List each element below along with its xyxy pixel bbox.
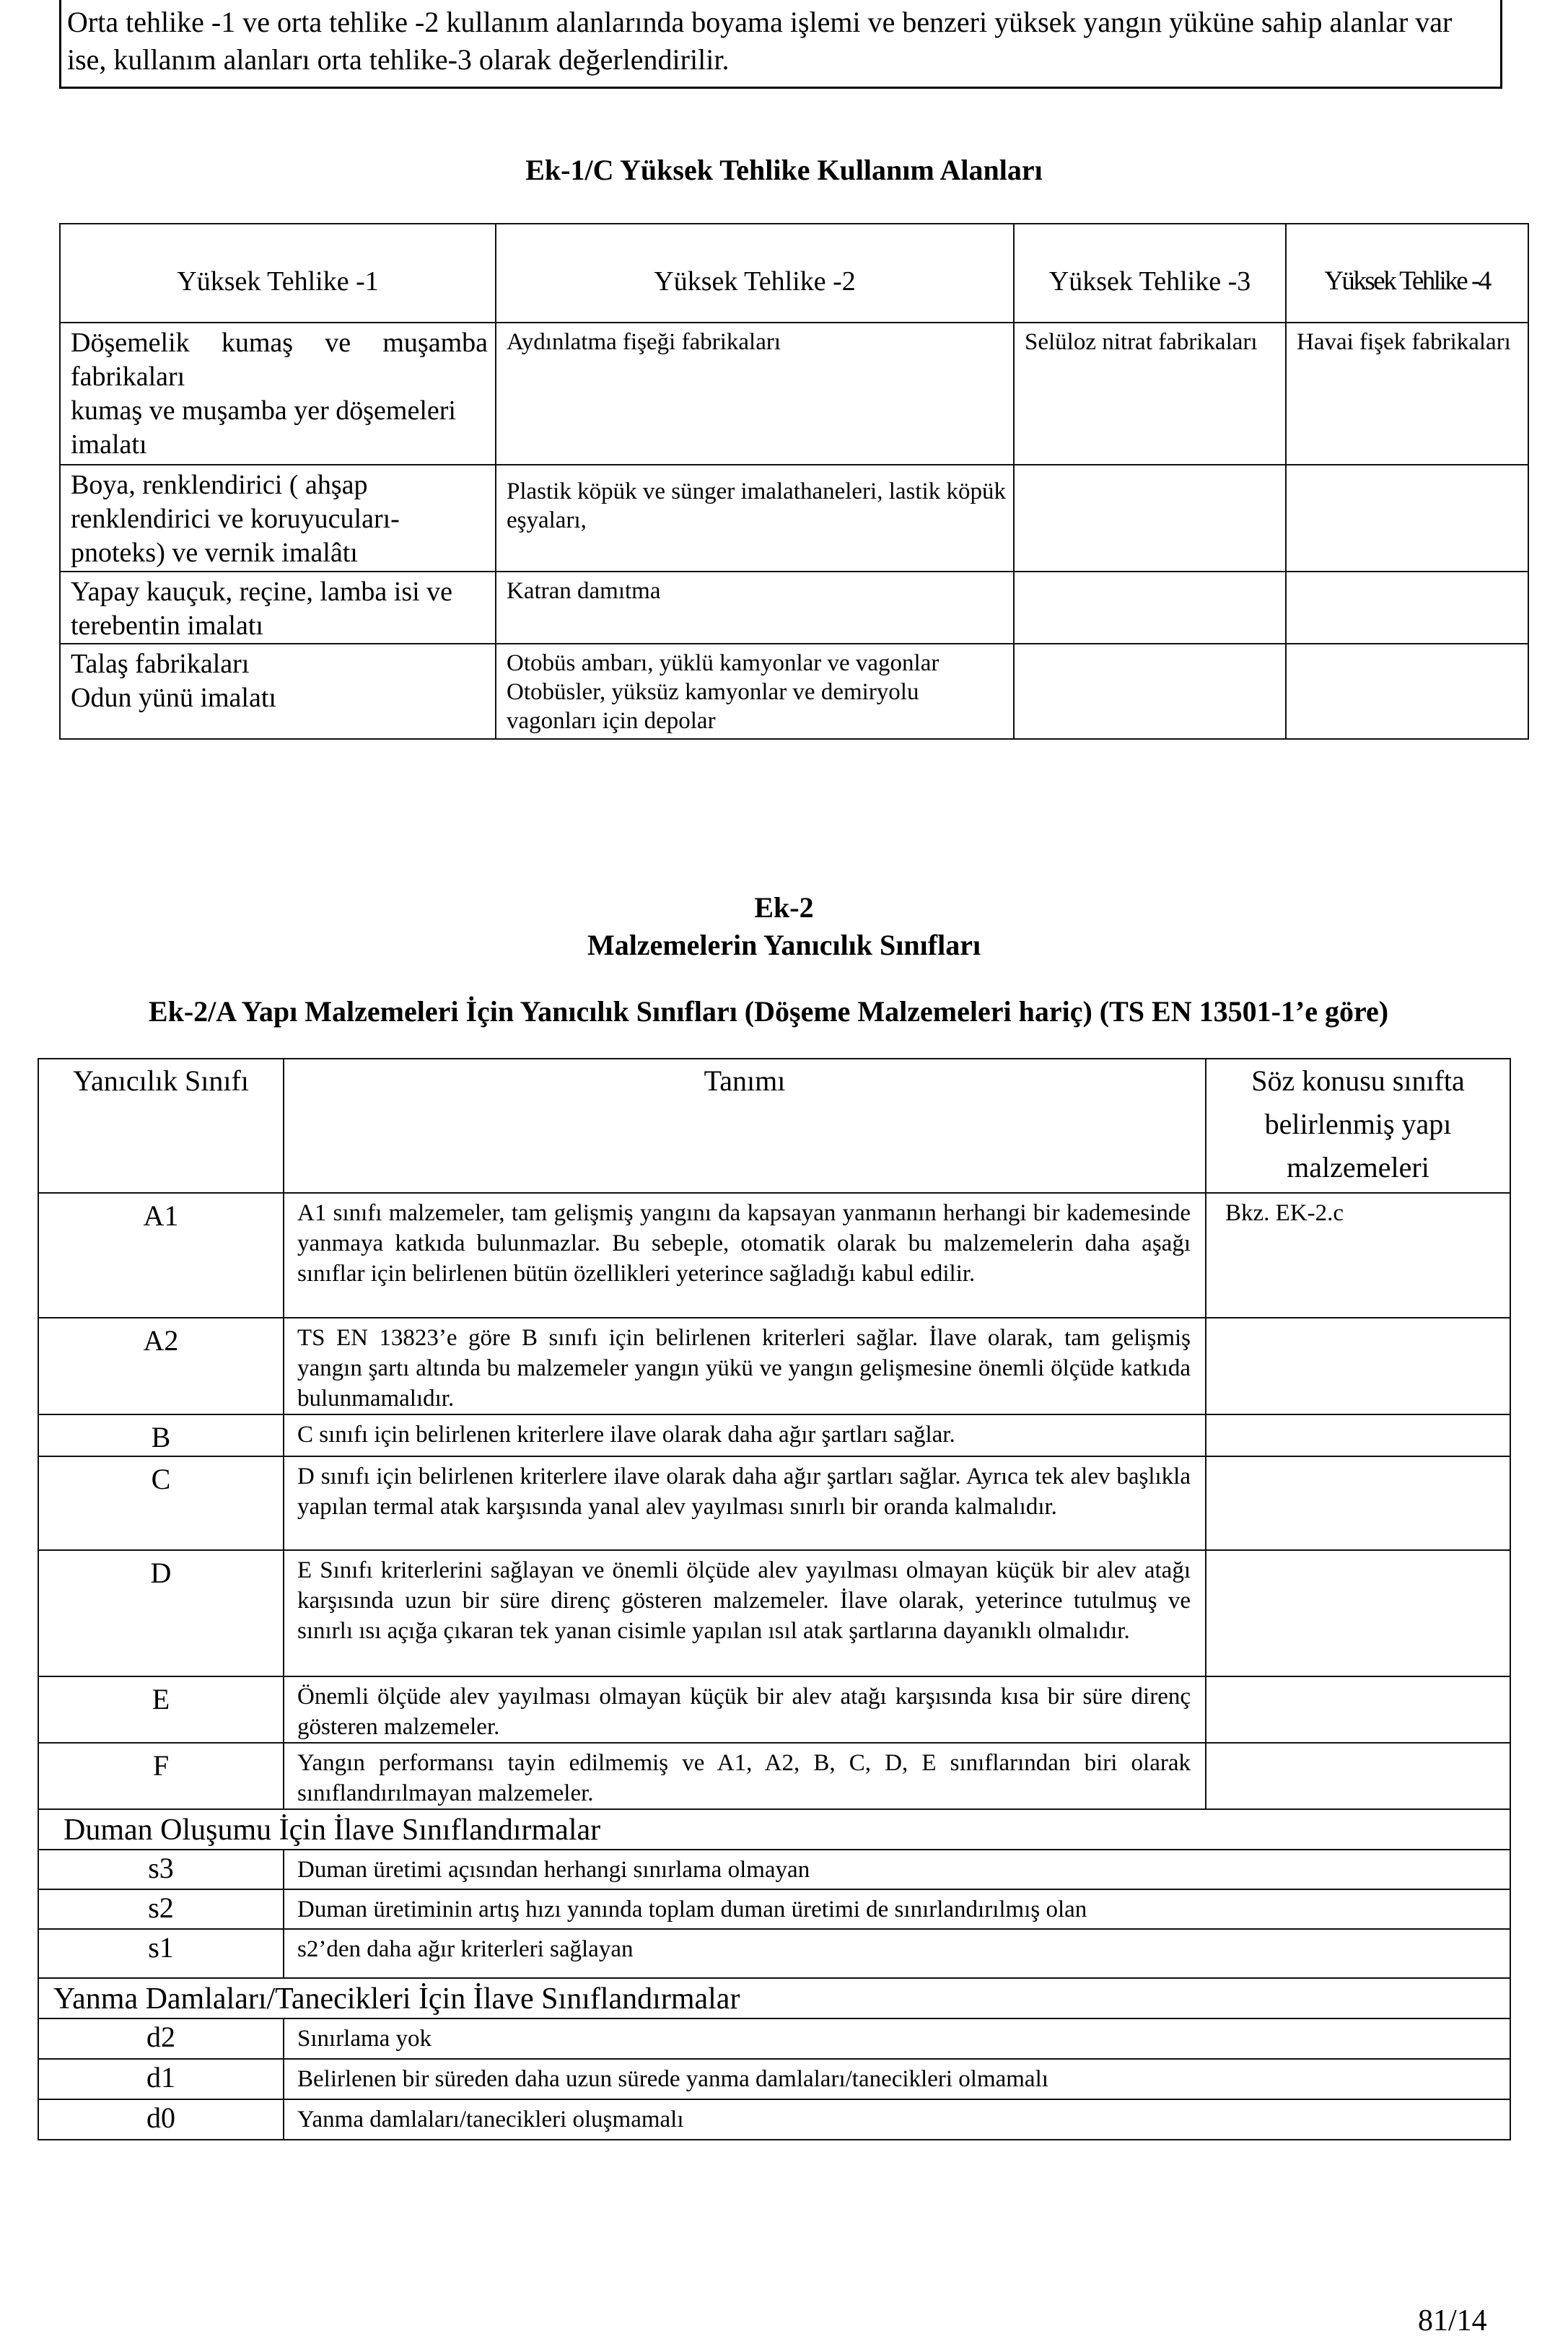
class-code: D (38, 1550, 284, 1676)
droplet-definition: Yanma damlaları/tanecikleri oluşmamalı (284, 2099, 1510, 2140)
cell-text: kumaş ve muşamba yer döşemeleri imalatı (71, 394, 488, 462)
class-materials (1206, 1318, 1510, 1414)
page-number: 81/14 (1418, 2304, 1487, 2338)
droplet-code: d1 (38, 2059, 284, 2099)
class-definition: D sınıfı için belirlenen kriterlere ilav… (284, 1456, 1206, 1550)
cell-text: Otobüsler, yüksüz kamyonlar ve demiryolu… (507, 678, 1006, 735)
table-row: Boya, renklendirici ( ahşap renklendiric… (60, 465, 1528, 572)
table-header-row: Yüksek Tehlike -1 Yüksek Tehlike -2 Yüks… (60, 224, 1528, 323)
header-high-hazard-4: Yüksek Tehlike -4 (1286, 224, 1528, 323)
table-row: E Önemli ölçüde alev yayılması olmayan k… (38, 1676, 1510, 1743)
table-row: A2 TS EN 13823’e göre B sınıfı için beli… (38, 1318, 1510, 1414)
note-text: Orta tehlike -1 ve orta tehlike -2 kulla… (67, 6, 1452, 76)
cell-text-line: Döşemelik kumaş ve muşamba fabrikaları (71, 328, 488, 392)
header-materials: Söz konusu sınıfta belirlenmiş yapı malz… (1206, 1059, 1510, 1193)
smoke-definition: Duman üretimi açısından herhangi sınırla… (284, 1850, 1510, 1889)
class-code: C (38, 1456, 284, 1550)
table-row: Talaş fabrikaları Odun yünü imalatı Otob… (60, 644, 1528, 739)
cell (1014, 644, 1286, 739)
class-definition: C sınıfı için belirlenen kriterlere ilav… (284, 1414, 1206, 1456)
ek2-title: Ek-2 Malzemelerin Yanıcılık Sınıfları (0, 889, 1568, 964)
cell-text: Talaş fabrikaları (71, 647, 488, 681)
header-definition: Tanımı (284, 1059, 1206, 1193)
cell: Talaş fabrikaları Odun yünü imalatı (60, 644, 496, 739)
class-code: A2 (38, 1318, 284, 1414)
class-code: F (38, 1743, 284, 1809)
cell: Plastik köpük ve sünger imalathaneleri, … (496, 465, 1014, 572)
droplet-definition: Sınırlama yok (284, 2018, 1510, 2059)
cell (1014, 465, 1286, 572)
class-materials (1206, 1743, 1510, 1809)
cell-text: Döşemelik kumaş ve muşamba fabrikaları (71, 326, 488, 394)
cell: Aydınlatma fişeği fabrikaları (496, 323, 1014, 465)
smoke-code: s1 (38, 1929, 284, 1978)
cell: Yapay kauçuk, reçine, lamba isi ve tereb… (60, 572, 496, 644)
cell: Katran damıtma (496, 572, 1014, 644)
smoke-group-title: Duman Oluşumu İçin İlave Sınıflandırmala… (38, 1809, 1510, 1850)
droplets-group-title: Yanma Damlaları/Tanecikleri İçin İlave S… (38, 1978, 1510, 2018)
table-row: d1 Belirlenen bir süreden daha uzun süre… (38, 2059, 1510, 2099)
class-definition: A1 sınıfı malzemeler, tam gelişmiş yangı… (284, 1193, 1206, 1318)
group-header-row: Yanma Damlaları/Tanecikleri İçin İlave S… (38, 1978, 1510, 2018)
cell: Otobüs ambarı, yüklü kamyonlar ve vagonl… (496, 644, 1014, 739)
cell: Havai fişek fabrikaları (1286, 323, 1528, 465)
table-row: d2 Sınırlama yok (38, 2018, 1510, 2059)
class-materials (1206, 1456, 1510, 1550)
table-row: Döşemelik kumaş ve muşamba fabrikaları k… (60, 323, 1528, 465)
droplet-definition: Belirlenen bir süreden daha uzun sürede … (284, 2059, 1510, 2099)
table-row: d0 Yanma damlaları/tanecikleri oluşmamal… (38, 2099, 1510, 2140)
header-class: Yanıcılık Sınıfı (38, 1059, 284, 1193)
droplet-code: d2 (38, 2018, 284, 2059)
class-code: A1 (38, 1193, 284, 1318)
table-row: Yapay kauçuk, reçine, lamba isi ve tereb… (60, 572, 1528, 644)
table-row: F Yangın performansı tayin edilmemiş ve … (38, 1743, 1510, 1809)
class-code: B (38, 1414, 284, 1456)
class-materials (1206, 1676, 1510, 1743)
smoke-code: s3 (38, 1850, 284, 1889)
header-high-hazard-3: Yüksek Tehlike -3 (1014, 224, 1286, 323)
note-box: Orta tehlike -1 ve orta tehlike -2 kulla… (59, 0, 1502, 89)
smoke-definition: Duman üretiminin artış hızı yanında topl… (284, 1889, 1510, 1929)
header-high-hazard-1: Yüksek Tehlike -1 (60, 224, 496, 323)
class-definition: Önemli ölçüde alev yayılması olmayan küç… (284, 1676, 1206, 1743)
cell (1286, 572, 1528, 644)
table-row: s3 Duman üretimi açısından herhangi sını… (38, 1850, 1510, 1889)
class-materials (1206, 1550, 1510, 1676)
class-materials: Bkz. EK-2.c (1206, 1193, 1510, 1318)
smoke-code: s2 (38, 1889, 284, 1929)
table-row: A1 A1 sınıfı malzemeler, tam gelişmiş ya… (38, 1193, 1510, 1318)
class-definition: E Sınıfı kriterlerini sağlayan ve önemli… (284, 1550, 1206, 1676)
smoke-definition: s2’den daha ağır kriterleri sağlayan (284, 1929, 1510, 1978)
table-row: s2 Duman üretiminin artış hızı yanında t… (38, 1889, 1510, 1929)
cell (1286, 465, 1528, 572)
cell: Döşemelik kumaş ve muşamba fabrikaları k… (60, 323, 496, 465)
table-row: C D sınıfı için belirlenen kriterlere il… (38, 1456, 1510, 1550)
ek2-subheading: Malzemelerin Yanıcılık Sınıfları (0, 927, 1568, 964)
table-header-row: Yanıcılık Sınıfı Tanımı Söz konusu sınıf… (38, 1059, 1510, 1193)
group-header-row: Duman Oluşumu İçin İlave Sınıflandırmala… (38, 1809, 1510, 1850)
class-definition: TS EN 13823’e göre B sınıfı için belirle… (284, 1318, 1206, 1414)
flammability-classes-table: Yanıcılık Sınıfı Tanımı Söz konusu sınıf… (38, 1058, 1511, 2140)
cell: Selüloz nitrat fabrikaları (1014, 323, 1286, 465)
table-row: s1 s2’den daha ağır kriterleri sağlayan (38, 1929, 1510, 1978)
droplet-code: d0 (38, 2099, 284, 2140)
high-hazard-table: Yüksek Tehlike -1 Yüksek Tehlike -2 Yüks… (59, 223, 1529, 740)
cell (1014, 572, 1286, 644)
class-code: E (38, 1676, 284, 1743)
table-row: B C sınıfı için belirlenen kriterlere il… (38, 1414, 1510, 1456)
class-materials (1206, 1414, 1510, 1456)
table-row: D E Sınıfı kriterlerini sağlayan ve önem… (38, 1550, 1510, 1676)
ek1c-title: Ek-1/C Yüksek Tehlike Kullanım Alanları (0, 153, 1568, 187)
cell-text: Odun yünü imalatı (71, 681, 488, 715)
cell: Boya, renklendirici ( ahşap renklendiric… (60, 465, 496, 572)
cell (1286, 644, 1528, 739)
ek2-heading: Ek-2 (0, 889, 1568, 927)
class-definition: Yangın performansı tayin edilmemiş ve A1… (284, 1743, 1206, 1809)
ek2a-section-title: Ek-2/A Yapı Malzemeleri İçin Yanıcılık S… (0, 994, 1537, 1028)
cell-text: Otobüs ambarı, yüklü kamyonlar ve vagonl… (507, 649, 1006, 678)
header-high-hazard-2: Yüksek Tehlike -2 (496, 224, 1014, 323)
